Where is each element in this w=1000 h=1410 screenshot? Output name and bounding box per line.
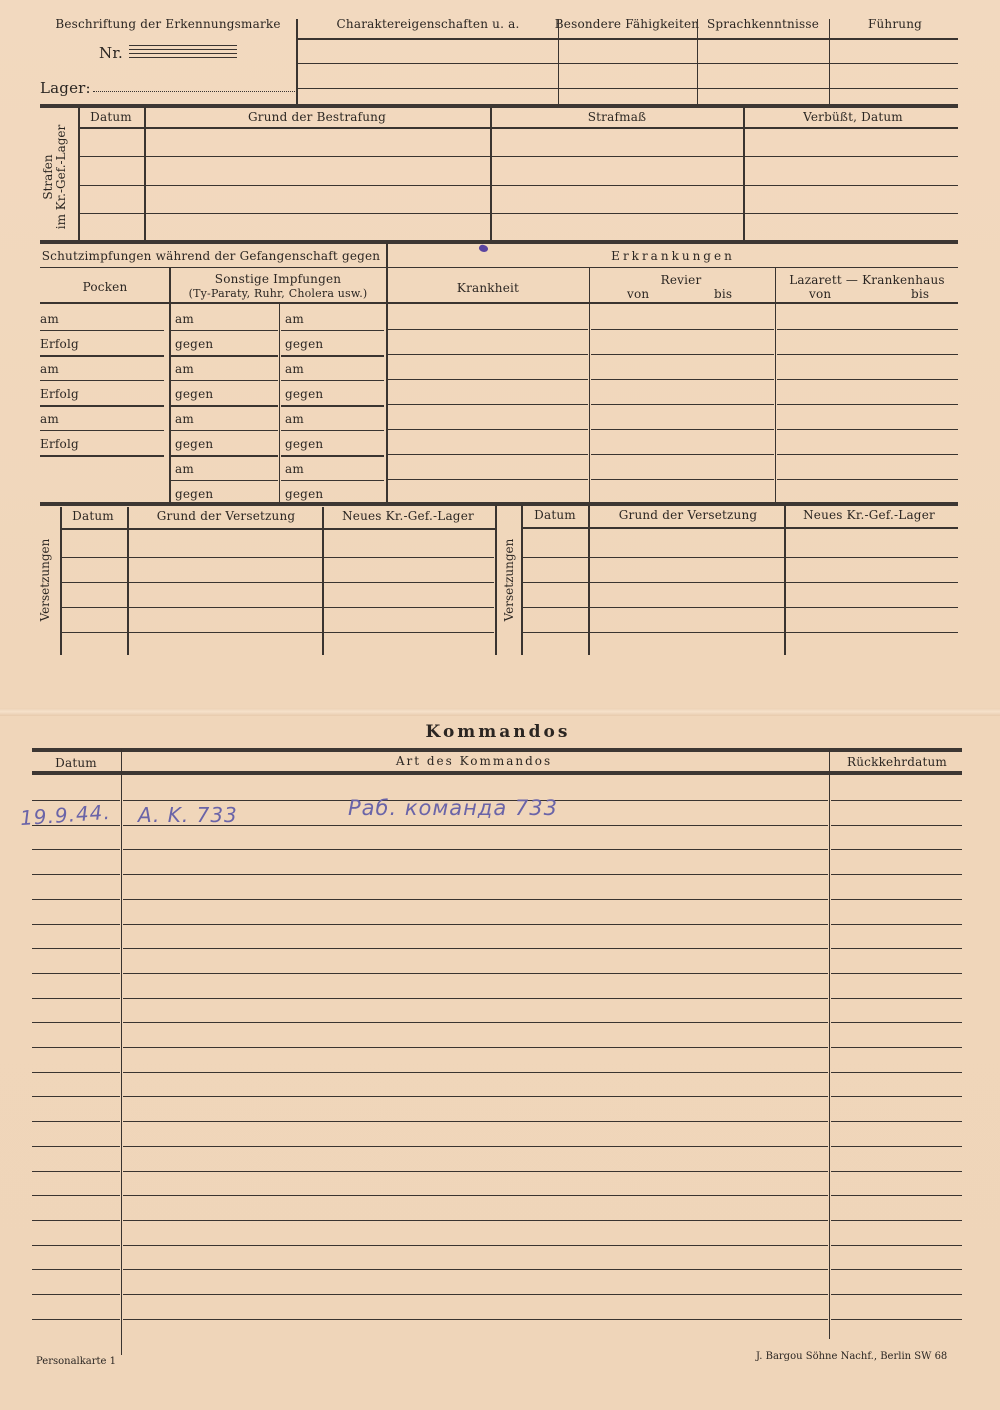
pocken-row-label: am bbox=[40, 362, 59, 376]
kommando-rueckkehr-line[interactable] bbox=[831, 1269, 962, 1270]
col-grund-versetzung-left: Grund der Versetzung bbox=[157, 509, 296, 523]
col-verbuesst-datum: Verbüßt, Datum bbox=[803, 110, 903, 124]
kommando-datum-line[interactable] bbox=[32, 1294, 120, 1295]
kommando-rueckkehr-line[interactable] bbox=[831, 1146, 962, 1147]
revier-row-field[interactable] bbox=[591, 379, 774, 380]
attributes-row[interactable] bbox=[298, 88, 958, 89]
transfer-row-left[interactable] bbox=[62, 557, 494, 558]
col-rueckkehrdatum: Rückkehrdatum bbox=[847, 755, 947, 769]
kommando-rueckkehr-line[interactable] bbox=[831, 1171, 962, 1172]
revier-row-field[interactable] bbox=[591, 404, 774, 405]
col-datum: Datum bbox=[90, 110, 132, 124]
lager-label: Lager: bbox=[40, 79, 91, 97]
kommando-rueckkehr-line[interactable] bbox=[831, 1220, 962, 1221]
other-vaccine-row-label-b: am bbox=[285, 312, 304, 326]
other-vaccine-row-label-b: am bbox=[285, 412, 304, 426]
lazarett-row-field[interactable] bbox=[777, 354, 958, 355]
kommando-datum-line[interactable] bbox=[32, 973, 120, 974]
col-strafmass: Strafmaß bbox=[588, 110, 647, 124]
lazarett-row-field[interactable] bbox=[777, 454, 958, 455]
kommando-datum-line[interactable] bbox=[32, 1195, 120, 1196]
other-vaccine-field[interactable] bbox=[281, 330, 384, 331]
transfer-row-left[interactable] bbox=[62, 607, 494, 608]
other-vaccine-field[interactable] bbox=[170, 330, 278, 331]
kommando-rueckkehr-line[interactable] bbox=[831, 924, 962, 925]
lazarett-row-field[interactable] bbox=[777, 429, 958, 430]
pocken-row-field[interactable] bbox=[40, 330, 164, 331]
punishment-row[interactable] bbox=[78, 156, 958, 157]
other-vaccine-field[interactable] bbox=[281, 480, 384, 481]
kommando-rueckkehr-line[interactable] bbox=[831, 1245, 962, 1246]
revier-bis: bis bbox=[714, 287, 732, 301]
kommando-datum-line[interactable] bbox=[32, 924, 120, 925]
kommando-art-line[interactable] bbox=[123, 1047, 828, 1048]
col-revier: Revier bbox=[661, 273, 702, 287]
pocken-row-label: am bbox=[40, 412, 59, 426]
kommando-art-line[interactable] bbox=[123, 1319, 828, 1320]
illness-row-field[interactable] bbox=[388, 379, 588, 380]
illness-row-field[interactable] bbox=[388, 454, 588, 455]
col-neues-lager-right: Neues Kr.-Gef.-Lager bbox=[803, 508, 935, 522]
col-grund-versetzung-right: Grund der Versetzung bbox=[619, 508, 758, 522]
lazarett-row-field[interactable] bbox=[777, 479, 958, 480]
pocken-row-label: Erfolg bbox=[40, 387, 79, 401]
kommando-art-line[interactable] bbox=[123, 948, 828, 949]
kommando-datum-line[interactable] bbox=[32, 1096, 120, 1097]
kommando-rueckkehr-line[interactable] bbox=[831, 1072, 962, 1073]
revier-row-field[interactable] bbox=[591, 329, 774, 330]
transfer-row-right[interactable] bbox=[523, 632, 958, 633]
transfer-row-left[interactable] bbox=[62, 582, 494, 583]
punishments-side-label: Strafen im Kr.-Gef.-Lager bbox=[42, 122, 72, 232]
printer-imprint: J. Bargou Söhne Nachf., Berlin SW 68 bbox=[756, 1351, 947, 1362]
kommando-rueckkehr-line[interactable] bbox=[831, 948, 962, 949]
other-vaccine-row-label-a: gegen bbox=[175, 337, 213, 351]
kommando-datum-line[interactable] bbox=[32, 998, 120, 999]
paper-fold bbox=[0, 708, 1000, 716]
transfers-side-label-right: Versetzungen bbox=[503, 530, 517, 630]
kommando-datum-line[interactable] bbox=[32, 1146, 120, 1147]
other-vaccine-row-label-a: am bbox=[175, 412, 194, 426]
kommando-art-line[interactable] bbox=[123, 899, 828, 900]
kommando-datum-line[interactable] bbox=[32, 1269, 120, 1270]
kommando-datum-line[interactable] bbox=[32, 1171, 120, 1172]
other-vaccine-row-label-a: gegen bbox=[175, 437, 213, 451]
kommando-datum-line[interactable] bbox=[32, 1220, 120, 1221]
other-vaccine-field[interactable] bbox=[281, 380, 384, 381]
col-lazarett-krankenhaus: Lazarett — Krankenhaus bbox=[789, 273, 945, 287]
transfer-row-right[interactable] bbox=[523, 557, 958, 558]
col-besondere-faehigkeiten: Besondere Fähigkeiten bbox=[555, 17, 699, 31]
lazarett-von: von bbox=[809, 287, 831, 301]
divider bbox=[296, 19, 298, 105]
kommando-datum-line[interactable] bbox=[32, 899, 120, 900]
revier-row-field[interactable] bbox=[591, 454, 774, 455]
lazarett-row-field[interactable] bbox=[777, 404, 958, 405]
personal-card-page: Beschriftung der Erkennungsmarke Nr. Lag… bbox=[0, 0, 1000, 1410]
transfer-row-left[interactable] bbox=[62, 632, 494, 633]
other-vaccine-row-label-b: gegen bbox=[285, 387, 323, 401]
other-vaccine-row-label-b: am bbox=[285, 362, 304, 376]
transfer-row-right[interactable] bbox=[523, 607, 958, 608]
pocken-row-field[interactable] bbox=[40, 405, 164, 407]
lager-field[interactable] bbox=[93, 91, 295, 92]
kommando-datum-line[interactable] bbox=[32, 874, 120, 875]
col-sonstige-impfungen: Sonstige Impfungen bbox=[215, 272, 341, 286]
kommando-datum-line[interactable] bbox=[32, 1072, 120, 1073]
illnesses-heading: Erkrankungen bbox=[611, 249, 735, 263]
kommando-datum-line[interactable] bbox=[32, 1121, 120, 1122]
kommando-art-line[interactable] bbox=[123, 1171, 828, 1172]
illness-row-field[interactable] bbox=[388, 479, 588, 480]
col-krankheit: Krankheit bbox=[457, 281, 519, 295]
col-datum-right: Datum bbox=[534, 508, 576, 522]
col-grund-der-bestrafung: Grund der Bestrafung bbox=[248, 110, 386, 124]
attributes-row[interactable] bbox=[298, 63, 958, 64]
kommando-rueckkehr-line[interactable] bbox=[831, 1195, 962, 1196]
kommando-datum-line[interactable] bbox=[32, 1022, 120, 1023]
illness-row-field[interactable] bbox=[388, 429, 588, 430]
lazarett-row-field[interactable] bbox=[777, 329, 958, 330]
other-vaccine-row-label-a: am bbox=[175, 362, 194, 376]
other-vaccine-field[interactable] bbox=[170, 455, 278, 457]
kommando-art-line[interactable] bbox=[123, 973, 828, 974]
revier-row-field[interactable] bbox=[591, 429, 774, 430]
col-kommando-datum: Datum bbox=[55, 756, 97, 770]
kommando-datum-line[interactable] bbox=[32, 849, 120, 850]
kommando-datum-line[interactable] bbox=[32, 1319, 120, 1320]
kommando-rueckkehr-line[interactable] bbox=[831, 899, 962, 900]
col-fuehrung: Führung bbox=[868, 17, 922, 31]
kommando-rueckkehr-line[interactable] bbox=[831, 973, 962, 974]
nr-field[interactable] bbox=[129, 44, 237, 60]
ink-mark bbox=[478, 243, 489, 254]
kommando-art-line[interactable] bbox=[123, 874, 828, 875]
other-vaccine-row-label-a: gegen bbox=[175, 487, 213, 501]
other-vaccine-field[interactable] bbox=[170, 430, 278, 431]
pocken-row-field[interactable] bbox=[40, 355, 164, 357]
kommando-art-line[interactable] bbox=[123, 1072, 828, 1073]
other-vaccine-row-label-a: am bbox=[175, 312, 194, 326]
kommando-art-line[interactable] bbox=[123, 998, 828, 999]
col-pocken: Pocken bbox=[83, 280, 128, 294]
kommando-rueckkehr-line[interactable] bbox=[831, 849, 962, 850]
form-name: Personalkarte 1 bbox=[36, 1356, 116, 1367]
kommando-art-line[interactable] bbox=[123, 1245, 828, 1246]
kommando-art-line[interactable] bbox=[123, 1121, 828, 1122]
kommando-datum-line[interactable] bbox=[32, 1245, 120, 1246]
other-vaccine-field[interactable] bbox=[281, 430, 384, 431]
other-vaccine-row-label-a: am bbox=[175, 462, 194, 476]
col-sprachkenntnisse: Sprachkenntnisse bbox=[707, 17, 819, 31]
kommando-rueckkehr-line[interactable] bbox=[831, 1096, 962, 1097]
kommando-rueckkehr-line[interactable] bbox=[831, 998, 962, 999]
kommando-art-line[interactable] bbox=[123, 1195, 828, 1196]
other-vaccine-field[interactable] bbox=[281, 405, 384, 407]
lazarett-bis: bis bbox=[911, 287, 929, 301]
other-vaccine-field[interactable] bbox=[281, 355, 384, 357]
kommando-art-line[interactable] bbox=[123, 849, 828, 850]
pocken-row-label: Erfolg bbox=[40, 437, 79, 451]
kommando-entry-art-de[interactable]: A. K. 733 bbox=[138, 803, 238, 827]
pocken-row-label: Erfolg bbox=[40, 337, 79, 351]
lazarett-row-field[interactable] bbox=[777, 379, 958, 380]
col-art-des-kommandos: Art des Kommandos bbox=[396, 754, 552, 768]
kommando-art-line[interactable] bbox=[123, 1294, 828, 1295]
kommando-art-line[interactable] bbox=[123, 1269, 828, 1270]
kommando-rueckkehr-line[interactable] bbox=[831, 1319, 962, 1320]
punishment-row[interactable] bbox=[78, 185, 958, 186]
col-charaktereigenschaften: Charaktereigenschaften u. a. bbox=[337, 17, 520, 31]
col-datum-left: Datum bbox=[72, 509, 114, 523]
kommando-rueckkehr-line[interactable] bbox=[831, 874, 962, 875]
kommando-datum-line[interactable] bbox=[32, 948, 120, 949]
kommandos-title: Kommandos bbox=[426, 722, 571, 742]
other-vaccine-row-label-b: gegen bbox=[285, 437, 323, 451]
kommando-art-line[interactable] bbox=[123, 1220, 828, 1221]
kommando-art-line[interactable] bbox=[123, 1096, 828, 1097]
kommando-rueckkehr-line[interactable] bbox=[831, 800, 962, 801]
kommando-art-line[interactable] bbox=[123, 924, 828, 925]
kommando-art-line[interactable] bbox=[123, 1022, 828, 1023]
illness-row-field[interactable] bbox=[388, 329, 588, 330]
kommando-art-line[interactable] bbox=[123, 1146, 828, 1147]
other-vaccine-field[interactable] bbox=[170, 405, 278, 407]
other-vaccine-row-label-b: gegen bbox=[285, 487, 323, 501]
other-vaccine-row-label-a: gegen bbox=[175, 387, 213, 401]
nr-label: Nr. bbox=[99, 44, 123, 62]
pocken-row-label: am bbox=[40, 312, 59, 326]
pocken-row-field[interactable] bbox=[40, 430, 164, 431]
other-vaccine-field[interactable] bbox=[281, 455, 384, 457]
other-vaccine-row-label-b: gegen bbox=[285, 337, 323, 351]
other-vaccine-field[interactable] bbox=[170, 480, 278, 481]
other-vaccine-field[interactable] bbox=[170, 380, 278, 381]
col-neues-lager-left: Neues Kr.-Gef.-Lager bbox=[342, 509, 474, 523]
kommando-rueckkehr-line[interactable] bbox=[831, 1047, 962, 1048]
revier-row-field[interactable] bbox=[591, 354, 774, 355]
revier-von: von bbox=[627, 287, 649, 301]
pocken-row-field[interactable] bbox=[40, 380, 164, 381]
vaccinations-heading: Schutzimpfungen während der Gefangenscha… bbox=[42, 249, 380, 263]
pocken-row-field[interactable] bbox=[40, 455, 164, 457]
other-vaccine-field[interactable] bbox=[170, 355, 278, 357]
kommando-entry-art-ru[interactable]: Раб. команда 733 bbox=[348, 796, 558, 820]
transfers-side-label-left: Versetzungen bbox=[39, 530, 53, 630]
kommando-rueckkehr-line[interactable] bbox=[831, 1121, 962, 1122]
punishment-row[interactable] bbox=[78, 213, 958, 214]
col-sonstige-impfungen-sub: (Ty-Paraty, Ruhr, Cholera usw.) bbox=[189, 287, 368, 300]
kommando-datum-line[interactable] bbox=[32, 1047, 120, 1048]
illness-row-field[interactable] bbox=[388, 354, 588, 355]
kommando-rueckkehr-line[interactable] bbox=[831, 1294, 962, 1295]
kommando-rueckkehr-line[interactable] bbox=[831, 1022, 962, 1023]
other-vaccine-row-label-b: am bbox=[285, 462, 304, 476]
illness-row-field[interactable] bbox=[388, 404, 588, 405]
transfer-row-right[interactable] bbox=[523, 582, 958, 583]
kommando-rueckkehr-line[interactable] bbox=[831, 825, 962, 826]
identity-heading: Beschriftung der Erkennungsmarke bbox=[55, 17, 280, 31]
revier-row-field[interactable] bbox=[591, 479, 774, 480]
